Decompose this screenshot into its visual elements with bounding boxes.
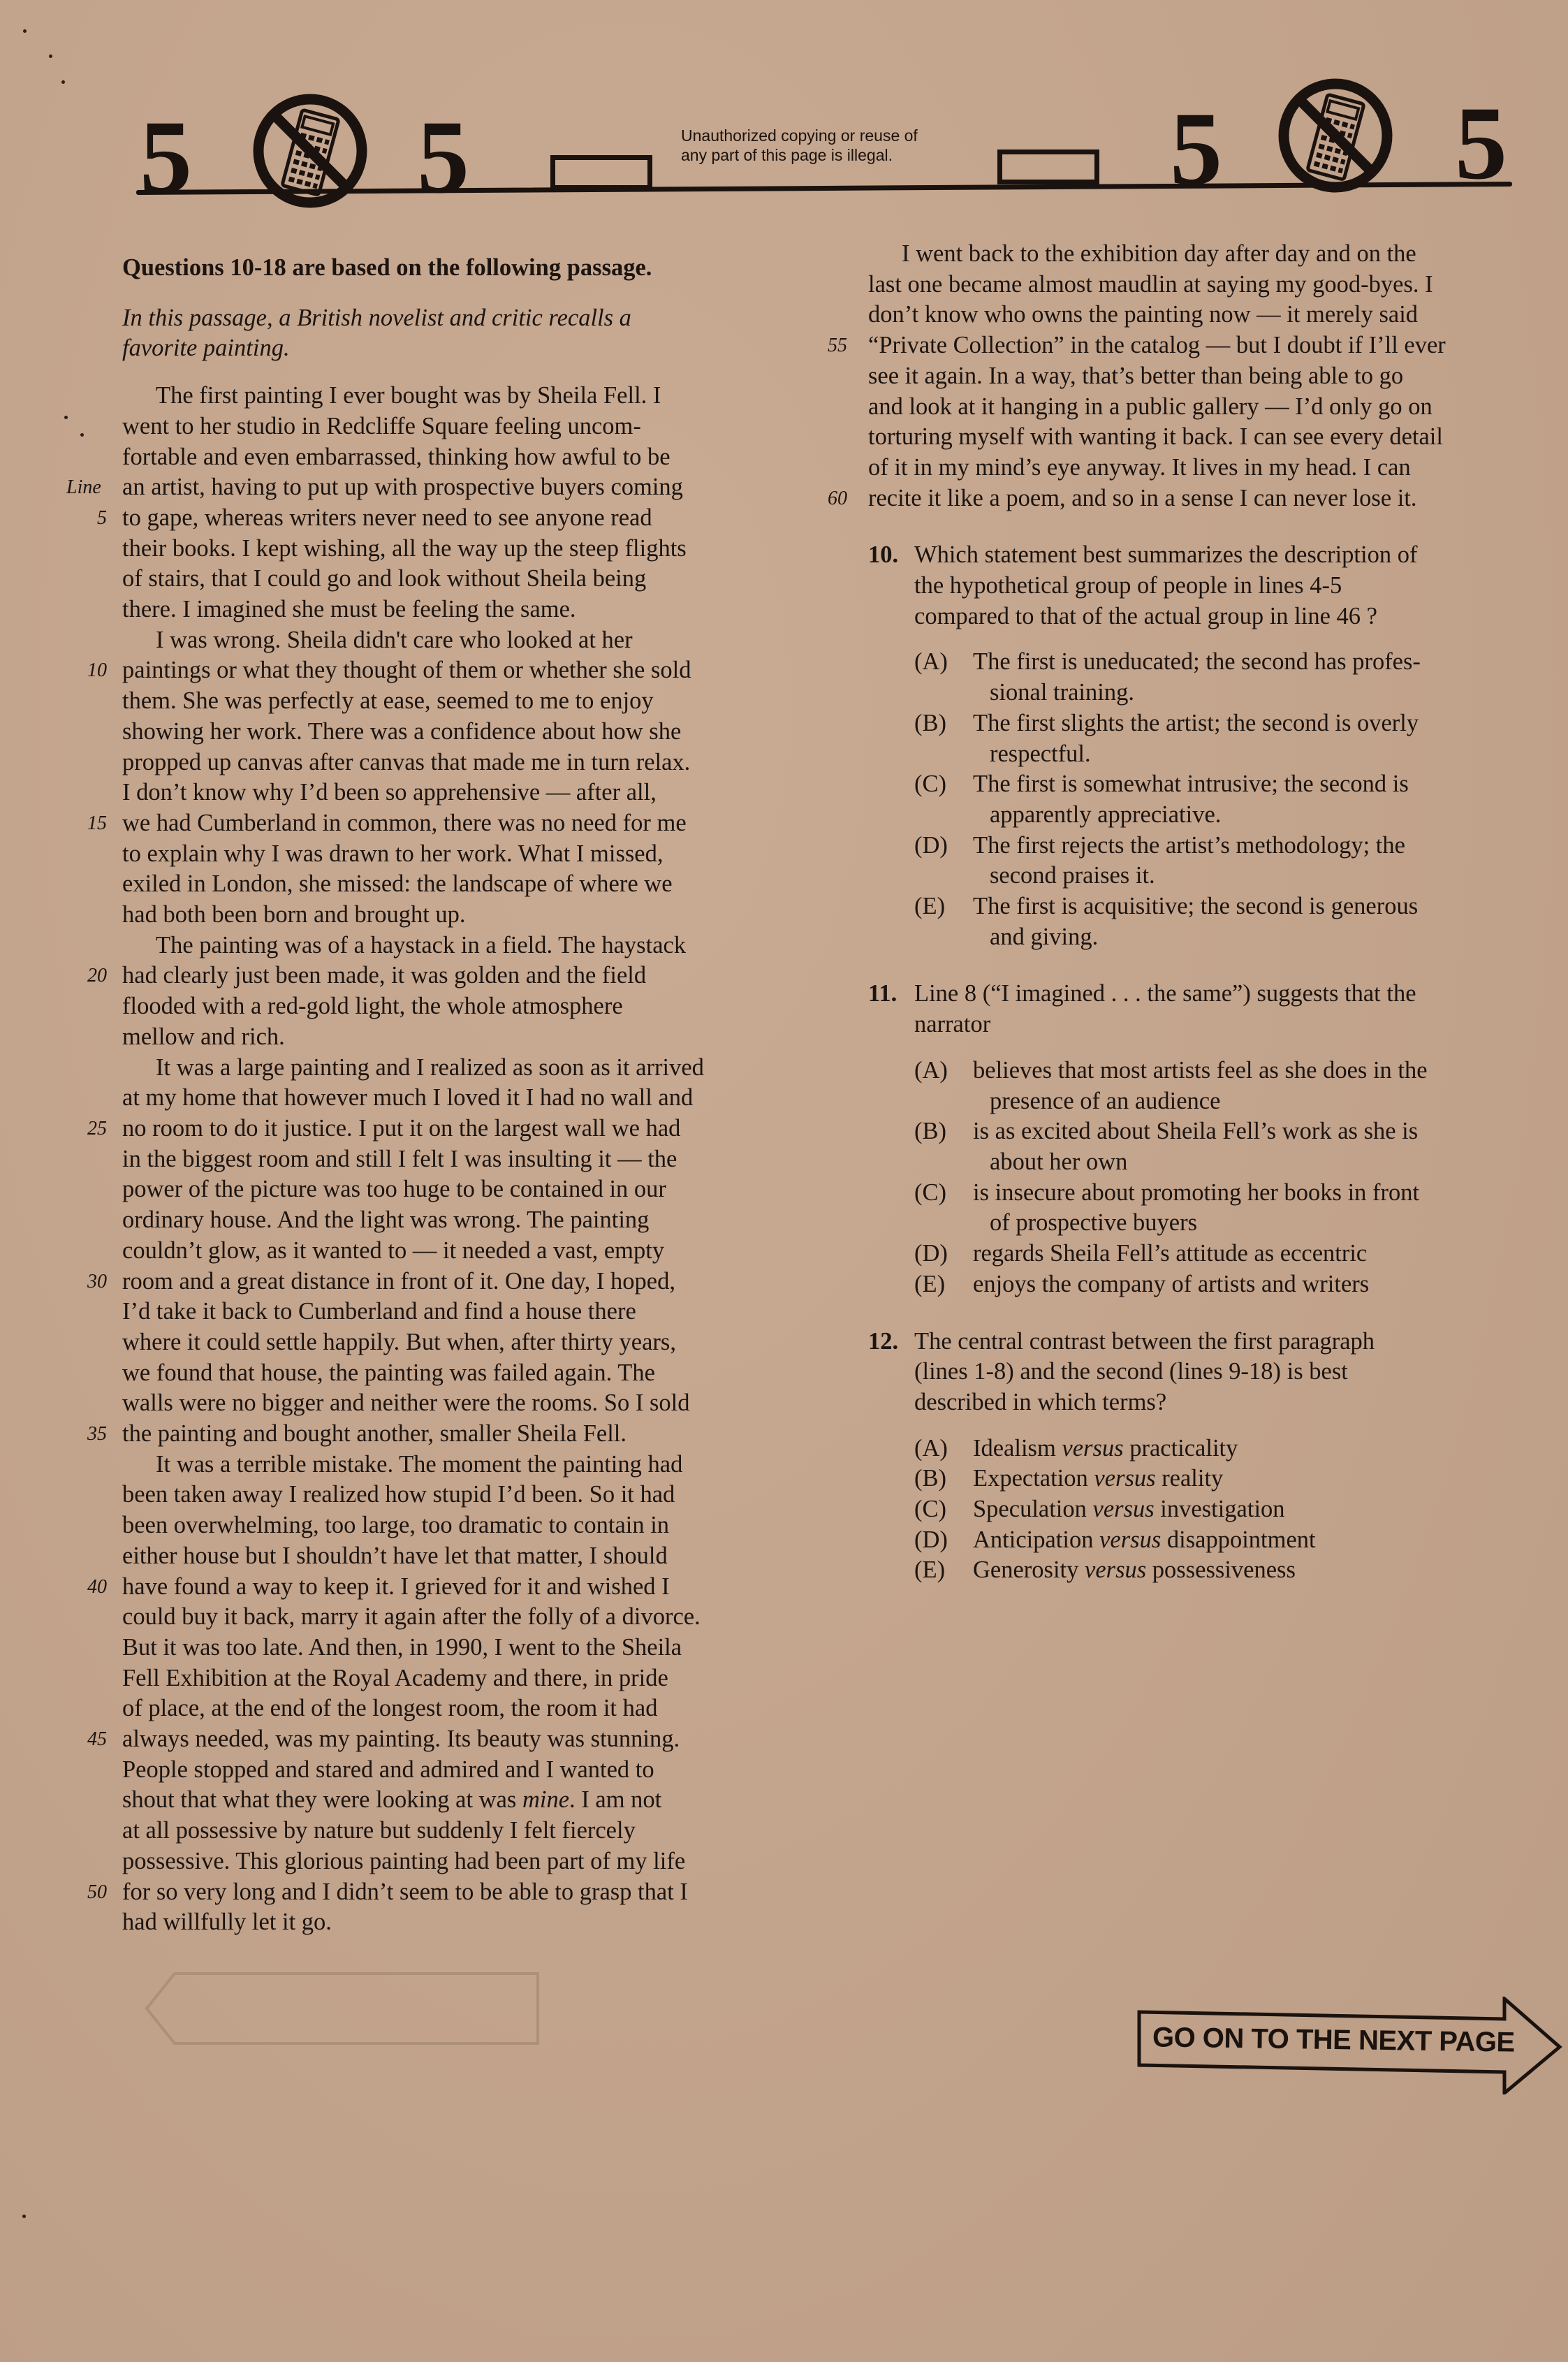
choice-text: The first is uneducated; the second has … [973,647,1539,708]
line-number: 25 [65,1114,107,1144]
answer-choice-e[interactable]: (E)The first is acquisitive; the second … [914,891,1539,952]
passage-line: 20had clearly just been made, it was gol… [122,961,782,991]
passage-line: People stopped and stared and admired an… [122,1755,782,1786]
passage-line: 15we had Cumberland in common, there was… [122,808,782,839]
answer-choice-c[interactable]: (C)The first is somewhat intrusive; the … [914,769,1539,830]
answer-choice-a[interactable]: (A)The first is uneducated; the second h… [914,647,1539,708]
line-number: 30 [65,1267,107,1297]
choice-text-line: The first is somewhat intrusive; the sec… [973,769,1539,800]
passage-line: of place, at the end of the longest room… [122,1693,782,1724]
answer-choice-a[interactable]: (A)believes that most artists feel as sh… [914,1056,1539,1116]
question-stem-line: compared to that of the actual group in … [914,602,1539,632]
passage-line: walls were no bigger and neither were th… [122,1388,782,1419]
passage-text-continued: I went back to the exhibition day after … [868,239,1539,513]
choice-text: regards Sheila Fell’s attitude as eccent… [973,1239,1539,1269]
passage-line: 45always needed, was my painting. Its be… [122,1724,782,1755]
passage-line: 35the painting and bought another, small… [122,1419,782,1450]
passage-line: couldn’t glow, as it wanted to — it need… [122,1236,782,1267]
passage-column-right: I went back to the exhibition day after … [868,239,1539,1586]
question-number: 10. [868,540,898,571]
choice-text: enjoys the company of artists and writer… [973,1269,1539,1300]
passage-line: we found that house, the painting was fa… [122,1358,782,1389]
passage-line: But it was too late. And then, in 1990, … [122,1633,782,1663]
emphasis: versus [1094,1465,1155,1492]
passage-line: at my home that however much I loved it … [122,1083,782,1114]
scan-speck [22,2215,26,2218]
passage-line: had both been born and brought up. [122,900,782,931]
passage-text: The first painting I ever bought was by … [122,381,782,1938]
passage-line: I don’t know why I’d been so apprehensiv… [122,778,782,808]
passage-column-left: Questions 10-18 are based on the followi… [122,253,782,1938]
passage-line: see it again. In a way, that’s better th… [868,361,1539,392]
line-number: 35 [65,1419,107,1450]
section-number-right-outer: 5 [1455,91,1507,196]
choice-letter: (B) [914,1116,946,1147]
question-10: 10.Which statement best summarizes the d… [868,540,1539,952]
scan-speck [64,416,68,419]
choice-text-line: regards Sheila Fell’s attitude as eccent… [973,1239,1539,1269]
scan-speck [23,29,27,33]
answer-choice-b[interactable]: (B)The first slights the artist; the sec… [914,708,1539,769]
choice-text-line: enjoys the company of artists and writer… [973,1269,1539,1300]
question-number: 11. [868,979,897,1009]
passage-line: propped up canvas after canvas that made… [122,748,782,778]
choice-letter: (E) [914,1555,945,1586]
passage-line: fortable and even embarrassed, thinking … [122,442,782,473]
passage-line: and look at it hanging in a public galle… [868,392,1539,423]
choice-text-line: apparently appreciative. [973,800,1539,831]
choice-text: Idealism versus practicality [973,1435,1238,1461]
choice-text-line: believes that most artists feel as she d… [973,1056,1539,1086]
answer-choice-d[interactable]: (D)The first rejects the artist’s method… [914,831,1539,891]
choice-text-line: respectful. [973,739,1539,770]
line-number: 60 [805,483,847,514]
choice-letter: (D) [914,1525,948,1556]
no-calculator-icon [1277,77,1394,194]
answer-choices: (A)believes that most artists feel as sh… [914,1056,1539,1300]
passage-line: of it in my mind’s eye anyway. It lives … [868,453,1539,483]
question-stem: 12.The central contrast between the firs… [868,1327,1539,1418]
choice-text-line: second praises it. [973,861,1539,891]
answer-choice-c[interactable]: (C)Speculation versus investigation [914,1494,1539,1525]
bleed-through-mark [133,1967,552,2050]
header-box-right [997,150,1099,184]
copyright-notice-line1: Unauthorized copying or reuse of [681,126,918,145]
passage-line: at all possessive by nature but suddenly… [122,1816,782,1846]
scan-speck [61,80,65,84]
choice-letter: (D) [914,1239,948,1269]
choice-letter: (C) [914,1178,946,1209]
emphasis: mine [522,1786,569,1813]
passage-line: Fell Exhibition at the Royal Academy and… [122,1663,782,1694]
passage-line: mellow and rich. [122,1022,782,1053]
choice-letter: (D) [914,831,948,861]
passage-line: don’t know who owns the painting now — i… [868,300,1539,330]
choice-text-line: The first rejects the artist’s methodolo… [973,831,1539,861]
choice-letter: (C) [914,769,946,800]
choice-letter: (A) [914,1056,948,1086]
passage-line: torturing myself with wanting it back. I… [868,422,1539,453]
question-list: 10.Which statement best summarizes the d… [868,540,1539,1586]
passage-line: 25no room to do it justice. I put it on … [122,1114,782,1144]
passage-line: 40have found a way to keep it. I grieved… [122,1572,782,1603]
choice-text-line: sional training. [973,678,1539,708]
passage-line: them. She was perfectly at ease, seemed … [122,686,782,717]
passage-line: shout that what they were looking at was… [122,1785,782,1816]
passage-line: went to her studio in Redcliffe Square f… [122,411,782,442]
passage-line: ordinary house. And the light was wrong.… [122,1205,782,1236]
passage-line: It was a terrible mistake. The moment th… [122,1450,782,1480]
emphasis: versus [1062,1435,1123,1461]
line-number: 50 [65,1877,107,1908]
scan-speck [80,433,84,437]
passage-line: 30room and a great distance in front of … [122,1267,782,1297]
choice-text-line: is insecure about promoting her books in… [973,1178,1539,1209]
choice-text: The first is acquisitive; the second is … [973,891,1539,952]
section-number-left-inner: 5 [417,105,469,210]
question-stem-line: Which statement best summarizes the desc… [914,540,1539,571]
line-number: 10 [65,655,107,686]
line-number: 40 [65,1572,107,1603]
passage-line: could buy it back, marry it again after … [122,1602,782,1633]
question-stem-line: narrator [914,1009,1539,1040]
passage-line: last one became almost maudlin at saying… [868,270,1539,300]
line-number: 45 [65,1724,107,1755]
question-stem-line: (lines 1-8) and the second (lines 9-18) … [914,1357,1539,1387]
passage-line: 55“Private Collection” in the catalog — … [868,330,1539,361]
passage-line: been taken away I realized how stupid I’… [122,1480,782,1510]
line-number: Line [66,472,108,503]
page-header: 5 5 Unauthorized copying or reuse of a [0,0,1568,210]
passage-line: power of the picture was too huge to be … [122,1174,782,1205]
answer-choices: (A)Idealism versus practicality(B)Expect… [914,1434,1539,1587]
question-stem-line: described in which terms? [914,1387,1539,1418]
choice-letter: (B) [914,1464,946,1494]
copyright-notice-line2: any part of this page is illegal. [681,145,918,165]
passage-line: I’d take it back to Cumberland and find … [122,1297,782,1327]
choice-letter: (A) [914,1434,948,1464]
go-on-next-page-banner: GO ON TO THE NEXT PAGE [1137,1997,1563,2094]
choice-text: The first slights the artist; the second… [973,708,1539,769]
question-stem-line: the hypothetical group of people in line… [914,571,1539,602]
passage-line: It was a large painting and I realized a… [122,1053,782,1084]
passage-line: flooded with a red-gold light, the whole… [122,991,782,1022]
passage-line: The first painting I ever bought was by … [122,381,782,411]
choice-letter: (E) [914,891,945,922]
answer-choice-a[interactable]: (A)Idealism versus practicality [914,1434,1539,1464]
question-12: 12.The central contrast between the firs… [868,1327,1539,1587]
passage-line: I went back to the exhibition day after … [868,239,1539,270]
passage-line: Linean artist, having to put up with pro… [122,472,782,503]
line-number: 20 [65,961,107,991]
choice-letter: (A) [914,647,948,678]
copyright-notice: Unauthorized copying or reuse of any par… [681,126,918,165]
choice-text: believes that most artists feel as she d… [973,1056,1539,1116]
passage-line: there. I imagined she must be feeling th… [122,595,782,625]
emphasis: versus [1099,1526,1161,1553]
question-stem-line: The central contrast between the first p… [914,1327,1539,1357]
choice-text: is as excited about Sheila Fell’s work a… [973,1116,1539,1177]
passage-line: 5to gape, whereas writers never need to … [122,503,782,534]
passage-intro-line: In this passage, a British novelist and … [122,303,782,334]
choice-text: is insecure about promoting her books in… [973,1178,1539,1239]
answer-choice-d[interactable]: (D)regards Sheila Fell’s attitude as ecc… [914,1239,1539,1269]
header-box-left [550,155,652,190]
choice-text-line: presence of an audience [973,1086,1539,1117]
passage-line: possessive. This glorious painting had b… [122,1846,782,1877]
passage-line: 10paintings or what they thought of them… [122,655,782,686]
answer-choice-b[interactable]: (B)Expectation versus reality [914,1464,1539,1494]
line-number: 55 [805,330,847,361]
emphasis: versus [1085,1557,1146,1583]
question-stem: 11.Line 8 (“I imagined . . . the same”) … [868,979,1539,1040]
passage-line: either house but I shouldn’t have let th… [122,1541,782,1572]
passage-line: in the biggest room and still I felt I w… [122,1144,782,1175]
passage-line: I was wrong. Sheila didn't care who look… [122,625,782,656]
choice-text: Expectation versus reality [973,1465,1223,1492]
passage-directions: Questions 10-18 are based on the followi… [122,253,782,284]
choice-text-line: The first is acquisitive; the second is … [973,891,1539,922]
answer-choice-c[interactable]: (C)is insecure about promoting her books… [914,1178,1539,1239]
passage-line: been overwhelming, too large, too dramat… [122,1510,782,1541]
choice-letter: (E) [914,1269,945,1300]
answer-choice-e[interactable]: (E)Generosity versus possessiveness [914,1555,1539,1586]
choice-text-line: is as excited about Sheila Fell’s work a… [973,1116,1539,1147]
question-stem-line: Line 8 (“I imagined . . . the same”) sug… [914,979,1539,1009]
passage-line: 60recite it like a poem, and so in a sen… [868,483,1539,514]
passage-line: to explain why I was drawn to her work. … [122,839,782,870]
passage-line: where it could settle happily. But when,… [122,1327,782,1358]
answer-choice-d[interactable]: (D)Anticipation versus disappointment [914,1525,1539,1556]
choice-text-line: The first is uneducated; the second has … [973,647,1539,678]
passage-line: exiled in London, she missed: the landsc… [122,869,782,900]
choice-letter: (C) [914,1494,946,1525]
line-number: 15 [65,808,107,839]
passage-line: of stairs, that I could go and look with… [122,564,782,595]
passage-line: showing her work. There was a confidence… [122,717,782,748]
passage-line: their books. I kept wishing, all the way… [122,534,782,564]
choice-text-line: and giving. [973,922,1539,953]
passage-line: 50for so very long and I didn’t seem to … [122,1877,782,1908]
answer-choices: (A)The first is uneducated; the second h… [914,647,1539,952]
emphasis: versus [1093,1496,1155,1522]
choice-text: Speculation versus investigation [973,1496,1285,1522]
passage-line: The painting was of a haystack in a fiel… [122,931,782,961]
question-stem: 10.Which statement best summarizes the d… [868,540,1539,632]
question-11: 11.Line 8 (“I imagined . . . the same”) … [868,979,1539,1299]
choice-text-line: of prospective buyers [973,1208,1539,1239]
choice-text: Generosity versus possessiveness [973,1557,1296,1583]
next-page-label: GO ON TO THE NEXT PAGE [1152,2022,1515,2058]
passage-intro: In this passage, a British novelist and … [122,303,782,364]
answer-choice-b[interactable]: (B)is as excited about Sheila Fell’s wor… [914,1116,1539,1177]
choice-letter: (B) [914,708,946,739]
choice-text: The first is somewhat intrusive; the sec… [973,769,1539,830]
scan-speck [49,54,52,58]
passage-line: had willfully let it go. [122,1907,782,1938]
line-number: 5 [65,503,107,534]
choice-text-line: about her own [973,1147,1539,1178]
passage-intro-line: favorite painting. [122,333,782,364]
choice-text-line: The first slights the artist; the second… [973,708,1539,739]
choice-text: The first rejects the artist’s methodolo… [973,831,1539,891]
question-number: 12. [868,1327,898,1357]
choice-text: Anticipation versus disappointment [973,1526,1316,1553]
answer-choice-e[interactable]: (E)enjoys the company of artists and wri… [914,1269,1539,1300]
